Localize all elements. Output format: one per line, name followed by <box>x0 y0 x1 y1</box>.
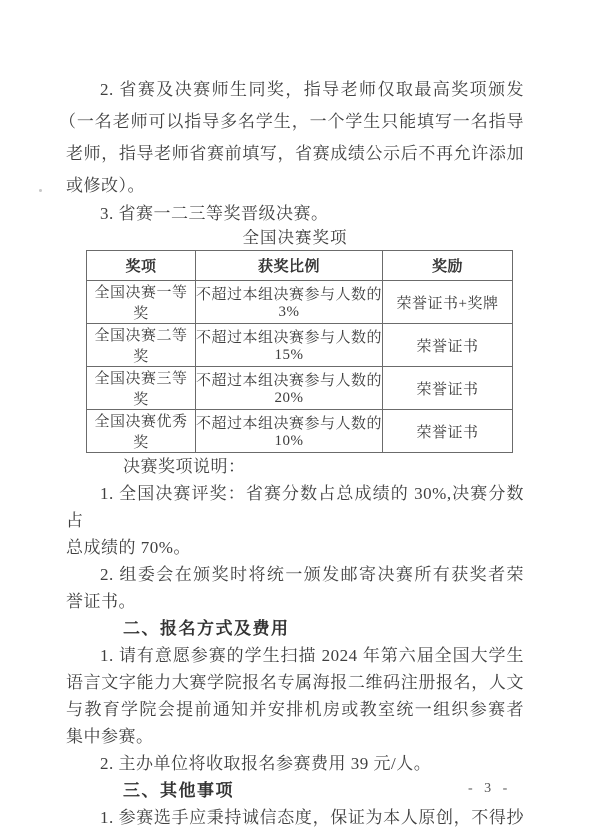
header-cell-award: 奖项 <box>87 251 196 281</box>
paragraph-line: 或修改）。 <box>66 170 524 202</box>
table-row: 全国决赛二等奖 不超过本组决赛参与人数的 15% 荣誉证书 <box>87 324 513 367</box>
cell-award: 全国决赛一等奖 <box>87 281 196 324</box>
cell-prize: 荣誉证书 <box>383 367 513 410</box>
cell-ratio: 不超过本组决赛参与人数的 15% <box>196 324 383 367</box>
finals-notes-block: 决赛奖项说明： 1. 全国决赛评奖：省赛分数占总成绩的 30%,决赛分数占 总成… <box>66 453 524 831</box>
paragraph-note-certificates: 2. 组委会在颁奖时将统一颁发邮寄决赛所有获奖者荣 誉证书。 <box>66 561 524 615</box>
cell-ratio: 不超过本组决赛参与人数的 3% <box>196 281 383 324</box>
paragraph-integrity: 1. 参赛选手应秉持诚信态度，保证为本人原创，不得抄 <box>66 804 524 831</box>
section-heading-other: 三、其他事项 <box>66 777 524 804</box>
scan-speck-artifact <box>39 189 42 192</box>
header-cell-prize: 奖励 <box>383 251 513 281</box>
paragraph-signup: 1. 请有意愿参赛的学生扫描 2024 年第六届全国大学生 语言文字能力大赛学院… <box>66 642 524 750</box>
cell-prize: 荣誉证书 <box>383 410 513 453</box>
cell-ratio: 不超过本组决赛参与人数的 20% <box>196 367 383 410</box>
page-number: - 3 - <box>468 781 511 797</box>
awards-table: 奖项 获奖比例 奖励 全国决赛一等奖 不超过本组决赛参与人数的 3% 荣誉证书+… <box>86 250 513 453</box>
section-heading-registration: 二、报名方式及费用 <box>66 615 524 642</box>
paragraph-fee: 2. 主办单位将收取报名参赛费用 39 元/人。 <box>66 750 524 777</box>
paragraph-teacher-award: 2. 省赛及决赛师生同奖，指导老师仅取最高奖项颁发 （一名老师可以指导多名学生，… <box>66 74 524 202</box>
paragraph-line: 语言文字能力大赛学院报名专属海报二维码注册报名，人文 <box>66 669 524 696</box>
paragraph-line: （一名老师可以指导多名学生，一个学生只能填写一名指导 <box>66 106 524 138</box>
table-row: 全国决赛一等奖 不超过本组决赛参与人数的 3% 荣誉证书+奖牌 <box>87 281 513 324</box>
paragraph-line: 老师，指导老师省赛前填写，省赛成绩公示后不再允许添加 <box>66 138 524 170</box>
paragraph-note-scoring: 1. 全国决赛评奖：省赛分数占总成绩的 30%,决赛分数占 总成绩的 70%。 <box>66 480 524 561</box>
cell-prize: 荣誉证书 <box>383 324 513 367</box>
cell-award: 全国决赛三等奖 <box>87 367 196 410</box>
paragraph-line: 誉证书。 <box>66 588 524 615</box>
paragraph-line: 集中参赛。 <box>66 723 524 750</box>
paragraph-line: 2. 省赛及决赛师生同奖，指导老师仅取最高奖项颁发 <box>66 74 524 106</box>
table-row: 全国决赛三等奖 不超过本组决赛参与人数的 20% 荣誉证书 <box>87 367 513 410</box>
paragraph-line: 1. 请有意愿参赛的学生扫描 2024 年第六届全国大学生 <box>66 642 524 669</box>
paragraph-line: 1. 参赛选手应秉持诚信态度，保证为本人原创，不得抄 <box>66 804 524 831</box>
notes-title: 决赛奖项说明： <box>66 453 524 480</box>
document-page: 2. 省赛及决赛师生同奖，指导老师仅取最高奖项颁发 （一名老师可以指导多名学生，… <box>0 0 591 837</box>
cell-ratio: 不超过本组决赛参与人数的 10% <box>196 410 383 453</box>
table-header-row: 奖项 获奖比例 奖励 <box>87 251 513 281</box>
paragraph-line: 总成绩的 70%。 <box>66 534 524 561</box>
paragraph-line: 与教育学院会提前通知并安排机房或教室统一组织参赛者 <box>66 696 524 723</box>
cell-award: 全国决赛优秀奖 <box>87 410 196 453</box>
paragraph-advance: 3. 省赛一二三等奖晋级决赛。 <box>66 202 524 226</box>
cell-prize: 荣誉证书+奖牌 <box>383 281 513 324</box>
awards-table-caption: 全国决赛奖项 <box>66 226 524 250</box>
table-row: 全国决赛优秀奖 不超过本组决赛参与人数的 10% 荣誉证书 <box>87 410 513 453</box>
paragraph-line: 1. 全国决赛评奖：省赛分数占总成绩的 30%,决赛分数占 <box>66 480 524 534</box>
header-cell-ratio: 获奖比例 <box>196 251 383 281</box>
cell-award: 全国决赛二等奖 <box>87 324 196 367</box>
paragraph-line: 2. 组委会在颁奖时将统一颁发邮寄决赛所有获奖者荣 <box>66 561 524 588</box>
